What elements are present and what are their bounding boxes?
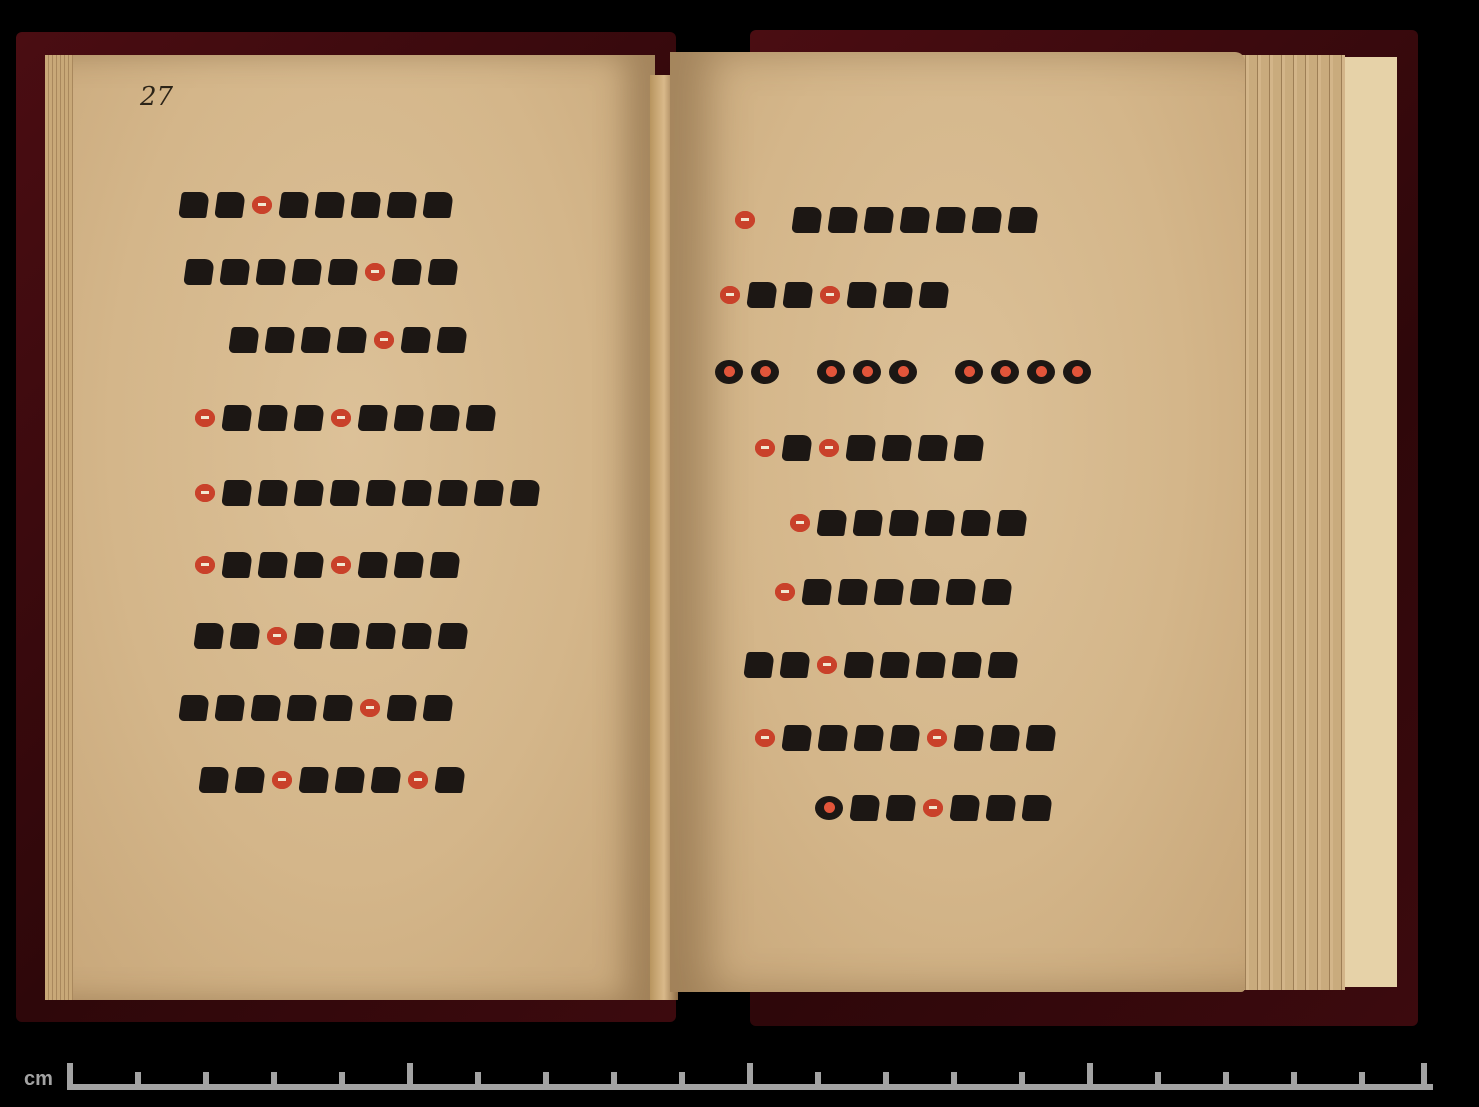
minor-tick (543, 1072, 549, 1090)
script-glyph (1021, 795, 1053, 821)
script-glyph (953, 725, 985, 751)
major-tick (407, 1063, 413, 1090)
red-punctuation-mark (267, 627, 287, 645)
minor-tick (883, 1072, 889, 1090)
minor-tick (271, 1072, 277, 1090)
minor-tick (1019, 1072, 1025, 1090)
red-black-ring-mark (991, 360, 1019, 384)
folio-number: 27 (140, 82, 173, 112)
red-punctuation-mark (790, 514, 810, 532)
script-glyph (255, 259, 287, 285)
script-glyph (971, 207, 1003, 233)
script-glyph (250, 695, 282, 721)
script-glyph (393, 405, 425, 431)
red-punctuation-mark (735, 211, 755, 229)
script-glyph (401, 480, 433, 506)
script-glyph (322, 695, 354, 721)
script-glyph (427, 259, 459, 285)
script-glyph (221, 552, 253, 578)
script-glyph (314, 192, 346, 218)
script-glyph (909, 579, 941, 605)
right-page-script-line (790, 503, 1026, 543)
script-glyph (400, 327, 432, 353)
script-glyph (882, 282, 914, 308)
script-glyph (837, 579, 869, 605)
script-glyph (178, 695, 210, 721)
script-glyph (985, 795, 1017, 821)
left-page-script-line (185, 252, 457, 292)
red-punctuation-mark (927, 729, 947, 747)
script-glyph (293, 623, 325, 649)
left-page-script-line (230, 320, 466, 360)
script-glyph (183, 259, 215, 285)
script-glyph (234, 767, 266, 793)
script-glyph (885, 795, 917, 821)
script-glyph (386, 192, 418, 218)
script-glyph (293, 405, 325, 431)
script-glyph (329, 623, 361, 649)
minor-tick (1223, 1072, 1229, 1090)
major-tick (1421, 1063, 1427, 1090)
major-tick (1087, 1063, 1093, 1090)
script-glyph (257, 480, 289, 506)
script-glyph (436, 327, 468, 353)
right-page-script-line (815, 788, 1051, 828)
left-page-stack-edge (45, 55, 73, 1000)
red-punctuation-mark (195, 409, 215, 427)
red-punctuation-mark (408, 771, 428, 789)
right-page-script-line (755, 428, 983, 468)
script-glyph (228, 327, 260, 353)
red-black-ring-mark (1063, 360, 1091, 384)
script-glyph (370, 767, 402, 793)
red-punctuation-mark (331, 556, 351, 574)
red-punctuation-mark (775, 583, 795, 601)
script-glyph (917, 435, 949, 461)
red-punctuation-mark (817, 656, 837, 674)
endpaper (1345, 57, 1397, 987)
minor-tick (475, 1072, 481, 1090)
script-glyph (429, 552, 461, 578)
red-punctuation-mark (195, 556, 215, 574)
script-glyph (743, 652, 775, 678)
script-glyph (889, 725, 921, 751)
script-glyph (953, 435, 985, 461)
script-glyph (214, 695, 246, 721)
script-glyph (888, 510, 920, 536)
major-tick (67, 1063, 73, 1090)
red-black-ring-mark (1027, 360, 1055, 384)
script-glyph (782, 282, 814, 308)
red-black-ring-mark (817, 360, 845, 384)
script-glyph (746, 282, 778, 308)
red-punctuation-mark (819, 439, 839, 457)
scale-unit-label: cm (24, 1068, 53, 1091)
script-glyph (951, 652, 983, 678)
minor-tick (679, 1072, 685, 1090)
minor-tick (135, 1072, 141, 1090)
minor-tick (1155, 1072, 1161, 1090)
script-glyph (422, 192, 454, 218)
right-page-script-line (720, 275, 948, 315)
script-glyph (221, 480, 253, 506)
major-tick (747, 1063, 753, 1090)
script-glyph (949, 795, 981, 821)
red-punctuation-mark (365, 263, 385, 281)
script-glyph (334, 767, 366, 793)
script-glyph (996, 510, 1028, 536)
script-glyph (849, 795, 881, 821)
script-glyph (437, 480, 469, 506)
script-glyph (465, 405, 497, 431)
left-page-script-line (195, 616, 467, 656)
script-glyph (935, 207, 967, 233)
script-glyph (473, 480, 505, 506)
script-glyph (845, 435, 877, 461)
left-page-script-line (195, 545, 459, 585)
script-glyph (293, 552, 325, 578)
minor-tick (611, 1072, 617, 1090)
red-black-ring-mark (955, 360, 983, 384)
minor-tick (815, 1072, 821, 1090)
script-glyph (278, 192, 310, 218)
script-glyph (357, 405, 389, 431)
script-glyph (429, 405, 461, 431)
script-glyph (924, 510, 956, 536)
script-glyph (178, 192, 210, 218)
minor-tick (1291, 1072, 1297, 1090)
script-glyph (987, 652, 1019, 678)
red-punctuation-mark (331, 409, 351, 427)
script-glyph (1007, 207, 1039, 233)
script-glyph (219, 259, 251, 285)
script-glyph (300, 327, 332, 353)
script-glyph (816, 510, 848, 536)
script-glyph (365, 623, 397, 649)
script-glyph (879, 652, 911, 678)
script-glyph (781, 435, 813, 461)
script-glyph (257, 405, 289, 431)
script-glyph (422, 695, 454, 721)
right-page-script-line (745, 645, 1017, 685)
script-glyph (229, 623, 261, 649)
script-glyph (960, 510, 992, 536)
red-punctuation-mark (923, 799, 943, 817)
minor-tick (1359, 1072, 1365, 1090)
script-glyph (509, 480, 541, 506)
left-page-script-line (200, 760, 464, 800)
left-page-script-line (195, 398, 495, 438)
script-glyph (386, 695, 418, 721)
script-glyph (434, 767, 466, 793)
red-punctuation-mark (374, 331, 394, 349)
red-punctuation-mark (252, 196, 272, 214)
script-glyph (401, 623, 433, 649)
script-glyph (915, 652, 947, 678)
script-glyph (437, 623, 469, 649)
script-glyph (1025, 725, 1057, 751)
script-glyph (336, 327, 368, 353)
script-glyph (779, 652, 811, 678)
script-glyph (853, 725, 885, 751)
right-page-script-line (715, 352, 1091, 392)
red-punctuation-mark (755, 729, 775, 747)
right-page-script-line (755, 718, 1055, 758)
script-glyph (198, 767, 230, 793)
left-page-script-line (195, 473, 539, 513)
script-glyph (945, 579, 977, 605)
red-punctuation-mark (195, 484, 215, 502)
script-glyph (881, 435, 913, 461)
script-glyph (873, 579, 905, 605)
left-page-script-line (180, 688, 452, 728)
right-page-script-line (775, 572, 1011, 612)
script-glyph (791, 207, 823, 233)
minor-tick (951, 1072, 957, 1090)
right-page-script-line (735, 200, 1037, 240)
script-glyph (264, 327, 296, 353)
script-glyph (801, 579, 833, 605)
script-glyph (899, 207, 931, 233)
script-glyph (350, 192, 382, 218)
script-glyph (863, 207, 895, 233)
script-glyph (221, 405, 253, 431)
minor-tick (203, 1072, 209, 1090)
script-glyph (257, 552, 289, 578)
red-punctuation-mark (820, 286, 840, 304)
red-black-ring-mark (853, 360, 881, 384)
script-glyph (843, 652, 875, 678)
script-glyph (846, 282, 878, 308)
red-punctuation-mark (272, 771, 292, 789)
script-glyph (214, 192, 246, 218)
red-punctuation-mark (755, 439, 775, 457)
script-glyph (298, 767, 330, 793)
script-glyph (391, 259, 423, 285)
script-glyph (989, 725, 1021, 751)
script-glyph (291, 259, 323, 285)
script-glyph (817, 725, 849, 751)
script-glyph (286, 695, 318, 721)
red-punctuation-mark (360, 699, 380, 717)
script-glyph (918, 282, 950, 308)
script-glyph (329, 480, 361, 506)
script-glyph (852, 510, 884, 536)
script-glyph (327, 259, 359, 285)
script-glyph (357, 552, 389, 578)
script-glyph (365, 480, 397, 506)
red-black-ring-mark (715, 360, 743, 384)
red-black-ring-mark (751, 360, 779, 384)
script-glyph (781, 725, 813, 751)
script-glyph (827, 207, 859, 233)
script-glyph (981, 579, 1013, 605)
script-glyph (193, 623, 225, 649)
left-page-script-line (180, 185, 452, 225)
script-glyph (393, 552, 425, 578)
red-punctuation-mark (720, 286, 740, 304)
script-glyph (293, 480, 325, 506)
minor-tick (339, 1072, 345, 1090)
red-black-ring-mark (889, 360, 917, 384)
red-black-ring-mark (815, 796, 843, 820)
